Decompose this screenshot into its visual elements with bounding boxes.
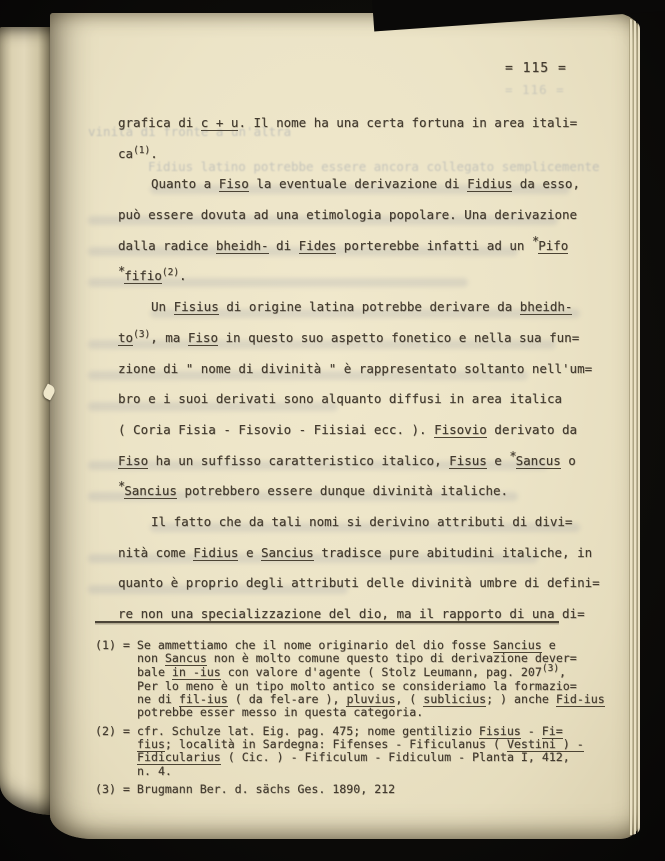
footnote-line: Fidicularius ( Cic. ) - Fificulum - Fidi… bbox=[137, 751, 585, 764]
underlined-term: Fisus bbox=[449, 453, 487, 469]
text-run: Per lo meno è un tipo molto antico se co… bbox=[137, 679, 577, 693]
body-line: grafica di c + u. Il nome ha una certa f… bbox=[118, 108, 604, 139]
facing-page-edge bbox=[0, 27, 54, 815]
text-run: (1) = Se ammettiamo che il nome originar… bbox=[95, 638, 493, 652]
underlined-term: Fiso bbox=[219, 176, 249, 192]
text-run: (3) = Brugmann Ber. d. sächs Ges. 1890, … bbox=[95, 782, 395, 796]
book-scan: = 116 = vinità di fronte a un'altra Fidi… bbox=[0, 0, 665, 861]
text-run: ( Coria Fisia - Fisovio - Fiisiai ecc. )… bbox=[118, 422, 434, 437]
underlined-term: Fisius bbox=[174, 299, 219, 315]
superscript-footnote-marker: (2) bbox=[162, 267, 179, 278]
text-run: ; località in Sardegna: Fifenses - Fific… bbox=[165, 737, 507, 751]
text-run: grafica di bbox=[118, 115, 201, 130]
underlined-term: Fisovio bbox=[434, 422, 487, 438]
text-run: , ( bbox=[395, 692, 423, 706]
body-line: quanto è proprio degli attributi delle d… bbox=[118, 568, 604, 599]
text-run: nità come bbox=[118, 545, 193, 560]
body-line: Quanto a Fiso la eventuale derivazione d… bbox=[118, 169, 604, 200]
underlined-term: Sancius bbox=[124, 483, 177, 499]
typescript-page: = 116 = vinità di fronte a un'altra Fidi… bbox=[50, 13, 640, 839]
footnote-line: (2) = cfr. Schulze lat. Eig. pag. 475; n… bbox=[95, 725, 585, 738]
underlined-term: Fides bbox=[299, 238, 337, 254]
superscript-footnote-marker: (3) bbox=[133, 329, 150, 340]
underlined-term: Fiso bbox=[188, 330, 218, 346]
text-run: tradisce pure abitudini italiche, in bbox=[314, 545, 592, 560]
text-run: ha un suffisso caratteristico italico, bbox=[148, 453, 449, 468]
body-line: re non una specializzazione del dio, ma … bbox=[118, 599, 604, 630]
text-run: dalla radice bbox=[118, 238, 216, 253]
footnote: (2) = cfr. Schulze lat. Eig. pag. 475; n… bbox=[95, 725, 585, 778]
text-run: . Il nome ha una certa fortuna in area i… bbox=[238, 115, 577, 130]
underlined-term: Fiso bbox=[118, 453, 148, 469]
text-run: non è molto comune questo tipo di deriva… bbox=[207, 651, 577, 665]
text-run: e bbox=[487, 453, 510, 468]
text-run: . bbox=[179, 268, 187, 283]
text-run: (2) = cfr. Schulze lat. Eig. pag. 475; n… bbox=[95, 724, 479, 738]
footnote-line: ne di fil-ius ( da fel-are ), pluvius, (… bbox=[137, 693, 585, 706]
text-run: bro e i suoi derivati sono alquanto diff… bbox=[118, 391, 562, 406]
superscript-footnote-marker: (1) bbox=[133, 145, 150, 156]
footnote-line: (1) = Se ammettiamo che il nome originar… bbox=[95, 639, 585, 652]
footnote-line: n. 4. bbox=[137, 765, 585, 778]
reconstructed-form-asterisk: * bbox=[532, 234, 539, 248]
underlined-term: Fidius bbox=[467, 176, 512, 192]
footnote-separator bbox=[95, 621, 559, 623]
footnote: (3) = Brugmann Ber. d. sächs Ges. 1890, … bbox=[95, 783, 585, 796]
body-line: zione di " nome di divinità " è rapprese… bbox=[118, 354, 604, 385]
text-run: di bbox=[269, 238, 299, 253]
body-line: ca(1). bbox=[118, 139, 604, 170]
text-run: Il fatto che da tali nomi si derivino at… bbox=[151, 514, 572, 529]
ghost-page-number: = 116 = bbox=[505, 82, 565, 97]
text-run: non bbox=[137, 651, 165, 665]
underlined-term: Sancus bbox=[516, 453, 561, 469]
text-run: con valore d'agente ( Stolz Leumann, pag… bbox=[221, 665, 542, 679]
text-run: da esso, bbox=[512, 176, 580, 191]
text-run: o bbox=[561, 453, 576, 468]
footnote: (1) = Se ammettiamo che il nome originar… bbox=[95, 639, 585, 720]
body-line: Fiso ha un suffisso caratteristico itali… bbox=[118, 446, 604, 477]
typescript-body: grafica di c + u. Il nome ha una certa f… bbox=[118, 108, 604, 630]
body-line: dalla radice bheidh- di Fides porterebbe… bbox=[118, 231, 604, 262]
footnote-line: fius; località in Sardegna: Fifenses - F… bbox=[137, 738, 585, 751]
footnote-line: bale in -ius con valore d'agente ( Stolz… bbox=[137, 666, 585, 680]
text-run: potrebbero essere dunque divinità italic… bbox=[177, 483, 508, 498]
text-run: potrebbe esser messo in questa categoria… bbox=[137, 705, 423, 719]
underlined-term: c + u bbox=[201, 115, 239, 131]
page-stack-edges bbox=[628, 19, 640, 835]
footnote-line: Per lo meno è un tipo molto antico se co… bbox=[137, 680, 585, 693]
underlined-term: sublicius bbox=[423, 692, 486, 707]
text-run: quanto è proprio degli attributi delle d… bbox=[118, 575, 600, 590]
body-line: nità come Fidius e Sancius tradisce pure… bbox=[118, 538, 604, 569]
underlined-term: bheidh- bbox=[520, 299, 573, 315]
underlined-term: Fid-ius bbox=[556, 692, 605, 707]
underlined-term: Sancius bbox=[261, 545, 314, 561]
reconstructed-form-asterisk: * bbox=[509, 449, 516, 463]
body-line: ( Coria Fisia - Fisovio - Fiisiai ecc. )… bbox=[118, 415, 604, 446]
text-run: . bbox=[150, 146, 158, 161]
footnote-line: potrebbe esser messo in questa categoria… bbox=[137, 706, 585, 719]
body-line: *Sancius potrebbero essere dunque divini… bbox=[118, 476, 604, 507]
superscript-footnote-marker: (3) bbox=[542, 663, 559, 674]
text-run: Quanto a bbox=[151, 176, 219, 191]
reconstructed-form-asterisk: * bbox=[118, 479, 125, 493]
underlined-term: fifio bbox=[124, 268, 162, 284]
text-run: ca bbox=[118, 146, 133, 161]
footnote-line: (3) = Brugmann Ber. d. sächs Ges. 1890, … bbox=[95, 783, 585, 796]
body-line: Un Fisius di origine latina potrebbe der… bbox=[118, 292, 604, 323]
underlined-term: in -ius bbox=[172, 665, 221, 680]
body-line: to(3), ma Fiso in questo suo aspetto fon… bbox=[118, 323, 604, 354]
text-run: e bbox=[542, 638, 556, 652]
underlined-term: bheidh- bbox=[216, 238, 269, 254]
text-run: la eventuale derivazione di bbox=[249, 176, 467, 191]
text-run: ( da fel-are ), bbox=[228, 692, 347, 706]
body-line: può essere dovuta ad una etimologia popo… bbox=[118, 200, 604, 231]
reconstructed-form-asterisk: * bbox=[118, 264, 125, 278]
text-run: re non una specializzazione del dio, ma … bbox=[118, 606, 585, 621]
text-run: in questo suo aspetto fonetico e nella s… bbox=[218, 330, 579, 345]
text-run: ne di bbox=[137, 692, 179, 706]
text-run: ; ) anche bbox=[486, 692, 556, 706]
text-run: può essere dovuta ad una etimologia popo… bbox=[118, 207, 577, 222]
text-run: e bbox=[238, 545, 261, 560]
text-run: n. 4. bbox=[137, 764, 172, 778]
text-run: , ma bbox=[150, 330, 188, 345]
footnotes: (1) = Se ammettiamo che il nome originar… bbox=[95, 639, 585, 801]
page-number: = 115 = bbox=[505, 61, 567, 76]
underlined-term: Pifo bbox=[538, 238, 568, 254]
text-run: bale bbox=[137, 665, 172, 679]
text-run: derivato da bbox=[487, 422, 577, 437]
text-run: , bbox=[559, 665, 566, 679]
text-run: ( Cic. ) - Fificulum - Fidiculum - Plant… bbox=[221, 750, 570, 764]
text-run: di origine latina potrebbe derivare da bbox=[219, 299, 520, 314]
text-run: porterebbe infatti ad un bbox=[336, 238, 532, 253]
text-run: Un bbox=[151, 299, 174, 314]
body-line: *fifio(2). bbox=[118, 261, 604, 292]
underlined-term: Fidius bbox=[193, 545, 238, 561]
underlined-term: to bbox=[118, 330, 133, 346]
body-line: bro e i suoi derivati sono alquanto diff… bbox=[118, 384, 604, 415]
footnote-line: non Sancus non è molto comune questo tip… bbox=[137, 652, 585, 665]
text-run: zione di " nome di divinità " è rapprese… bbox=[118, 361, 592, 376]
text-run: - bbox=[521, 724, 542, 738]
body-line: Il fatto che da tali nomi si derivino at… bbox=[118, 507, 604, 538]
